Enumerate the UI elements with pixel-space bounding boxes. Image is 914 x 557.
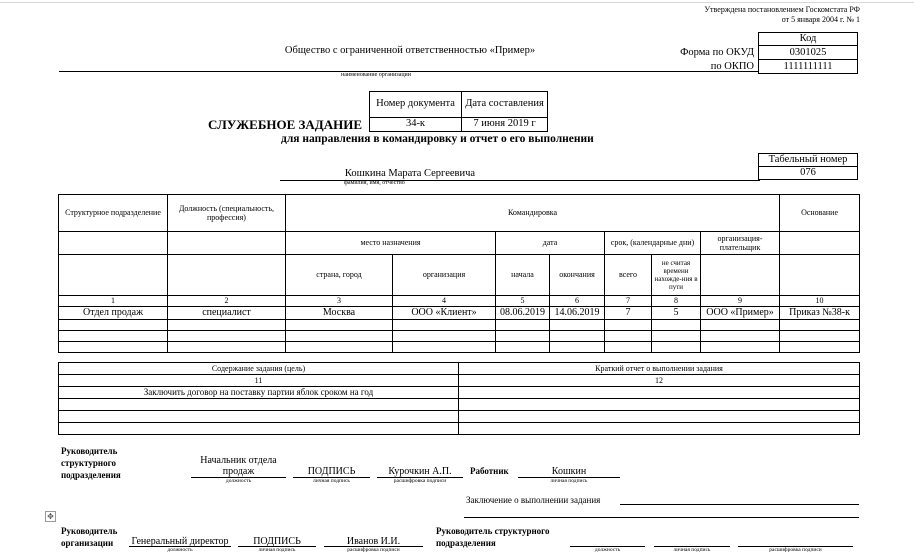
header-blank	[701, 255, 780, 296]
codes-header: Код	[759, 33, 858, 46]
table-cell[interactable]	[59, 423, 459, 435]
organization-caption: наименование организации	[341, 72, 411, 78]
header-position: Должность (специальность, профессия)	[168, 195, 286, 232]
table-cell[interactable]	[496, 330, 550, 341]
tab-number-value: 076	[759, 167, 858, 180]
table-cell[interactable]	[652, 319, 701, 330]
table-cell[interactable]	[701, 319, 780, 330]
table-cell[interactable]	[550, 341, 605, 352]
dept-head-signature: ПОДПИСЬ	[293, 466, 370, 477]
col-num: 10	[780, 296, 860, 307]
table-cell[interactable]: Приказ №38-к	[780, 307, 860, 320]
caption-decode: расшифровка подписи	[324, 547, 423, 553]
okpo-value: 1111111111	[759, 60, 858, 74]
table-cell[interactable]	[459, 399, 860, 411]
trip-rows: Отдел продажспециалистМоскваООО «Клиент»…	[59, 307, 860, 353]
trip-table: Структурное подразделение Должность (спе…	[58, 194, 860, 353]
header-blank	[59, 255, 168, 296]
document-subtitle: для направления в командировку и отчет о…	[281, 133, 594, 145]
table-cell[interactable]	[393, 330, 496, 341]
table-cell[interactable]	[780, 319, 860, 330]
caption-signature: личная подпись	[518, 478, 620, 484]
table-cell[interactable]	[286, 330, 393, 341]
header-payer: организация-плательщик	[701, 232, 780, 255]
okud-value: 0301025	[759, 46, 858, 60]
approval-line-1: Утверждена постановлением Госкомстата РФ	[704, 5, 860, 15]
col-num: 9	[701, 296, 780, 307]
table-cell[interactable]	[59, 341, 168, 352]
document-title: СЛУЖЕБНОЕ ЗАДАНИЕ	[208, 117, 362, 133]
table-cell[interactable]: специалист	[168, 307, 286, 320]
table-cell[interactable]: 5	[652, 307, 701, 320]
table-cell[interactable]	[652, 330, 701, 341]
table-row	[59, 330, 860, 341]
table-cell[interactable]	[459, 411, 860, 423]
header-date: дата	[496, 232, 605, 255]
table-cell[interactable]	[393, 319, 496, 330]
table-cell[interactable]	[550, 319, 605, 330]
table-row	[59, 423, 860, 435]
dept-head-label: Руководитель структурного подразделения	[61, 445, 141, 481]
header-term: срок, (календарные дни)	[605, 232, 701, 255]
doc-number-table: Номер документа Дата составления 34-к 7 …	[369, 91, 548, 132]
caption-decode: расшифровка подписи	[738, 547, 853, 553]
table-cell[interactable]	[168, 330, 286, 341]
table-cell[interactable]	[59, 319, 168, 330]
table-row	[59, 341, 860, 352]
organization-name: Общество с ограниченной ответственностью…	[60, 45, 760, 56]
caption-position: должность	[570, 547, 645, 553]
approval-note: Утверждена постановлением Госкомстата РФ…	[704, 5, 860, 25]
table-cell[interactable]	[605, 341, 652, 352]
table-cell[interactable]	[605, 330, 652, 341]
table-row	[59, 411, 860, 423]
doc-number-value: 34-к	[370, 118, 462, 132]
table-cell[interactable]	[59, 399, 459, 411]
table-cell[interactable]	[459, 423, 860, 435]
conclusion-line[interactable]	[620, 504, 859, 505]
header-blank	[168, 232, 286, 255]
header-total: всего	[605, 255, 652, 296]
col-num: 4	[393, 296, 496, 307]
table-cell[interactable]	[459, 387, 860, 399]
table-cell[interactable]	[652, 341, 701, 352]
col-num: 3	[286, 296, 393, 307]
header-excl-travel: не считая времени нахожде-ния в пути	[652, 255, 701, 296]
conclusion-label: Заключение о выполнении задания	[466, 495, 600, 505]
caption-decode: расшифровка подписи	[377, 478, 463, 484]
table-cell[interactable]	[59, 411, 459, 423]
dept-head-position: Начальник отдела продаж	[191, 455, 286, 477]
table-cell[interactable]	[286, 341, 393, 352]
table-cell[interactable]	[168, 341, 286, 352]
caption-signature: личная подпись	[293, 478, 370, 484]
codes-table: Код 0301025 1111111111	[758, 32, 858, 74]
table-cell[interactable]	[550, 330, 605, 341]
table-cell[interactable]: 7	[605, 307, 652, 320]
task-table: Содержание задания (цель) Краткий отчет …	[58, 362, 860, 435]
table-cell[interactable]	[496, 319, 550, 330]
header-country-city: страна, город	[286, 255, 393, 296]
table-row	[59, 319, 860, 330]
caption-signature: личная подпись	[238, 547, 316, 553]
approval-line-2: от 5 января 2004 г. № 1	[704, 15, 860, 25]
table-cell[interactable]: 08.06.2019	[496, 307, 550, 320]
caption-position: должность	[129, 547, 231, 553]
table-cell[interactable]	[780, 330, 860, 341]
conclusion-line-2[interactable]	[464, 517, 859, 518]
header-blank	[780, 255, 860, 296]
col-num: 6	[550, 296, 605, 307]
table-cell[interactable]	[168, 319, 286, 330]
worker-signature: Кошкин	[518, 466, 620, 477]
col-num: 5	[496, 296, 550, 307]
header-dept: Структурное подразделение	[59, 195, 168, 232]
task-rows: Заключить договор на поставку партии ябл…	[59, 387, 860, 435]
caption-signature: личная подпись	[654, 547, 730, 553]
tab-number-table: Табельный номер 076	[758, 153, 858, 180]
header-org: организация	[393, 255, 496, 296]
table-cell[interactable]	[701, 330, 780, 341]
caption-position: должность	[191, 478, 286, 484]
dept-head2-label: Руководитель структурного подразделения	[436, 525, 576, 549]
doc-number-label: Номер документа	[370, 92, 462, 118]
header-destination: место назначения	[286, 232, 496, 255]
tab-number-label: Табельный номер	[759, 154, 858, 167]
table-row: Отдел продажспециалистМоскваООО «Клиент»…	[59, 307, 860, 320]
task-content-header: Содержание задания (цель)	[59, 363, 459, 375]
dept-head-name: Курочкин А.П.	[377, 466, 463, 477]
page-top-border	[0, 2, 914, 3]
table-cell[interactable]: Москва	[286, 307, 393, 320]
table-row: Заключить договор на поставку партии ябл…	[59, 387, 860, 399]
header-end: окончания	[550, 255, 605, 296]
table-move-handle-icon[interactable]: ✥	[45, 511, 56, 522]
table-cell[interactable]: Заключить договор на поставку партии ябл…	[59, 387, 459, 399]
table-cell[interactable]	[780, 341, 860, 352]
table-cell[interactable]: Отдел продаж	[59, 307, 168, 320]
table-cell[interactable]	[701, 341, 780, 352]
task-report-header: Краткий отчет о выполнении задания	[459, 363, 860, 375]
table-cell[interactable]: ООО «Клиент»	[393, 307, 496, 320]
header-blank	[780, 232, 860, 255]
header-trip: Командировка	[286, 195, 780, 232]
worker-label: Работник	[470, 466, 509, 476]
header-blank	[168, 255, 286, 296]
employee-name: Кошкина Марата Сергеевича	[280, 168, 540, 179]
header-basis: Основание	[780, 195, 860, 232]
doc-date-label: Дата составления	[462, 92, 548, 118]
table-row	[59, 399, 860, 411]
col-num: 8	[652, 296, 701, 307]
table-cell[interactable]	[605, 319, 652, 330]
doc-date-value: 7 июня 2019 г	[462, 118, 548, 132]
table-cell[interactable]: 14.06.2019	[550, 307, 605, 320]
column-numbers-row: 1 2 3 4 5 6 7 8 9 10	[59, 296, 860, 307]
col-num: 1	[59, 296, 168, 307]
org-head-label: Руководитель организации	[61, 525, 131, 549]
table-cell[interactable]: ООО «Пример»	[701, 307, 780, 320]
header-start: начала	[496, 255, 550, 296]
task-report-num: 12	[459, 375, 860, 387]
table-cell[interactable]	[286, 319, 393, 330]
table-cell[interactable]	[496, 341, 550, 352]
table-cell[interactable]	[59, 330, 168, 341]
employee-caption: фамилия, имя, отчество	[344, 180, 405, 186]
table-cell[interactable]	[393, 341, 496, 352]
task-content-num: 11	[59, 375, 459, 387]
header-blank	[59, 232, 168, 255]
col-num: 2	[168, 296, 286, 307]
col-num: 7	[605, 296, 652, 307]
